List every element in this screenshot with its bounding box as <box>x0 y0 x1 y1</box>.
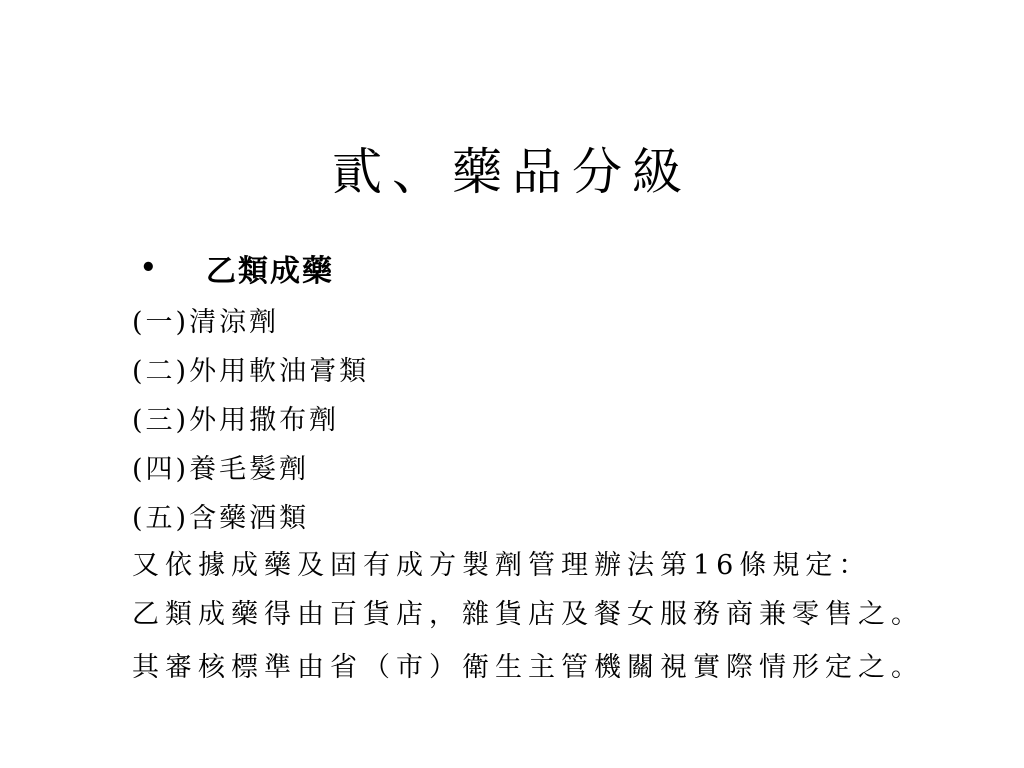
bullet-dot-icon: • <box>140 253 170 283</box>
list-item: (二)外用軟油膏類 <box>132 347 369 396</box>
category-list: (一)清涼劑 (二)外用軟油膏類 (三)外用撒布劑 (四)養毛髮劑 (五)含藥酒… <box>132 298 369 543</box>
bullet-heading: • 乙類成藥 <box>140 248 334 288</box>
list-item: (三)外用撒布劑 <box>132 396 369 445</box>
regulation-paragraph: 又依據成藥及固有成方製劑管理辦法第16條規定： <box>132 546 871 586</box>
list-item: (一)清涼劑 <box>132 298 369 347</box>
slide: 貳、藥品分級 • 乙類成藥 (一)清涼劑 (二)外用軟油膏類 (三)外用撒布劑 … <box>0 0 1024 768</box>
slide-title: 貳、藥品分級 <box>0 140 1024 204</box>
bullet-heading-label: 乙類成藥 <box>206 246 334 290</box>
list-item: (四)養毛髮劑 <box>132 445 369 494</box>
regulation-paragraph: 其審核標準由省（市）衛生主管機關視實際情形定之。 <box>132 648 924 688</box>
regulation-paragraph: 乙類成藥得由百貨店，雜貨店及餐女服務商兼零售之。 <box>132 595 924 635</box>
list-item: (五)含藥酒類 <box>132 494 369 543</box>
